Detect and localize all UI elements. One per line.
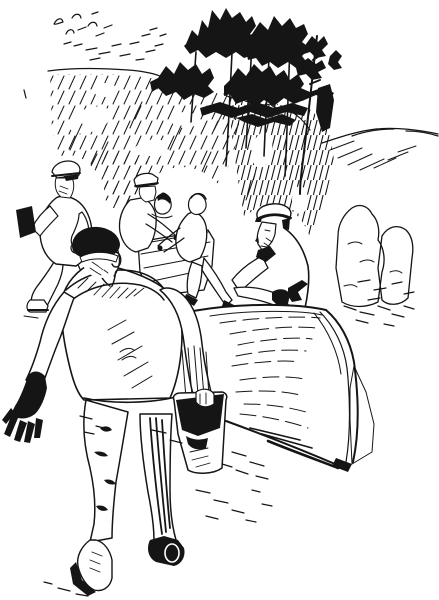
illustration-canvas: Pen-and-ink illustration: sailors haul g… — [0, 0, 439, 600]
sailor-at-boat — [230, 204, 314, 320]
illustration: Pen-and-ink illustration: sailors haul g… — [0, 0, 439, 600]
